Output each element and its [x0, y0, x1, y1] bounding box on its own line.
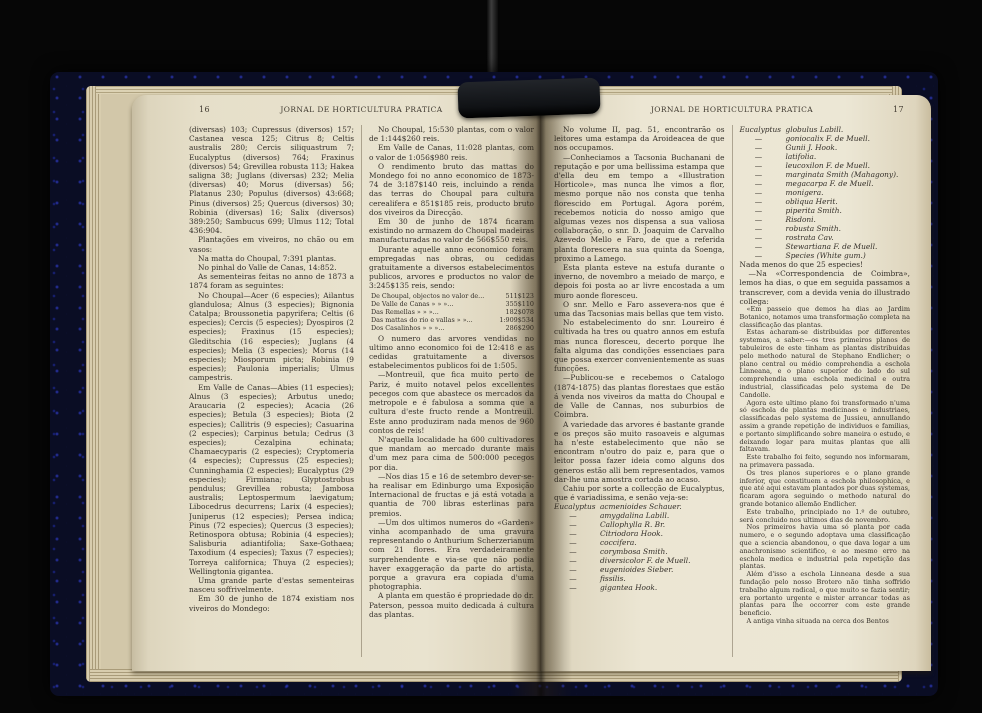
ditto-dash: —	[740, 251, 778, 260]
species-item: —coccifera.	[554, 538, 725, 547]
species-name: Callophylla R. Br.	[592, 520, 725, 529]
ditto-dash: —	[740, 161, 778, 170]
ditto-dash: —	[740, 197, 778, 206]
journal-title: JORNAL DE HORTICULTURA PRATICA	[600, 105, 864, 115]
ledger-value: 355$110	[506, 300, 534, 308]
paragraph: Em Valle de Canas, 11:028 plantas, com o…	[369, 143, 534, 161]
right-page-column-1: No volume II, pag. 51, encontrarão os le…	[554, 125, 732, 657]
species-genus: Eucalyptus	[554, 502, 600, 511]
species-item: —piperita Smith.	[740, 206, 911, 215]
ledger-value: 286$290	[506, 324, 534, 332]
page-fore-edge-left	[86, 86, 101, 682]
ledger-label: Das mattas do rio e vallas » »...	[371, 316, 473, 324]
ledger-row: De Choupal, objectos no valor de... 511$…	[371, 292, 534, 300]
species-name: eugenioides Sieber.	[592, 565, 725, 574]
ledger-value: 182$078	[506, 308, 534, 316]
species-name: robusta Smith.	[778, 224, 911, 233]
right-page-columns: No volume II, pag. 51, encontrarão os le…	[554, 125, 910, 657]
ditto-dash: —	[554, 520, 592, 529]
ditto-dash: —	[740, 242, 778, 251]
species-name: Species (White gum.)	[778, 251, 911, 260]
book-holder-clamp	[457, 78, 600, 119]
species-item: —leucoxilon F. de Muell.	[740, 161, 911, 170]
species-item: —Callophylla R. Br.	[554, 520, 725, 529]
species-genus: Eucalyptus	[740, 125, 786, 134]
book-scan-photo: { "colors":{"cover":"#0a0d24","cover_mar…	[0, 0, 982, 713]
species-item: —Species (White gum.)	[740, 251, 911, 260]
species-name: goniocalix F. de Muell.	[778, 134, 911, 143]
species-name: obliqua Herit.	[778, 197, 911, 206]
left-page-column-2: No Choupal, 15:530 plantas, com o valor …	[361, 125, 534, 657]
paragraph: Os tres planos superiores e o plano gran…	[740, 470, 911, 509]
transcribed-excerpt: «Em passeio que demos ha dias ao Jardim …	[740, 306, 911, 626]
ditto-dash: —	[740, 224, 778, 233]
species-item: —robusta Smith.	[740, 224, 911, 233]
species-item: —obliqua Herit.	[740, 197, 911, 206]
page-number: 17	[864, 105, 910, 115]
paragraph: Em 30 de junho de 1874 ficaram existindo…	[369, 217, 534, 245]
species-name: globulus Labill.	[786, 125, 911, 134]
ledger-label: Dos Casalinhos » » »...	[371, 324, 444, 332]
eucalyptus-species-list-1: Eucalyptusacmenioides Schauer. —amygdali…	[554, 502, 725, 592]
ditto-dash: —	[740, 152, 778, 161]
species-name: fissilis.	[592, 574, 725, 583]
paragraph: No Choupal—Acer (6 especies); Ailantus g…	[189, 291, 354, 383]
species-name: leucoxilon F. de Muell.	[778, 161, 911, 170]
species-name: gigantea Hook.	[592, 583, 725, 592]
paragraph: Em Valle de Canas—Abies (11 especies); A…	[189, 383, 354, 576]
species-item: —amygdalina Labill.	[554, 511, 725, 520]
right-page-column-2: Eucalyptusglobulus Labill. —goniocalix F…	[732, 125, 911, 657]
ditto-dash: —	[740, 215, 778, 224]
paragraph: Nos primeiros havia uma só planta por ca…	[740, 524, 911, 571]
page-number: 16	[189, 105, 235, 115]
species-item: —diversicolor F. de Muell.	[554, 556, 725, 565]
paragraph: O snr. Mello e Faro assevera-nos que é u…	[554, 300, 725, 318]
ledger-label: De Valle de Canas » » »...	[371, 300, 453, 308]
paragraph: No estabelecimento do snr. Loureiro é cu…	[554, 318, 725, 373]
species-item: —Risdoni.	[740, 215, 911, 224]
ledger-row: Das Remellas » » »... 182$078	[371, 308, 534, 316]
paragraph: A antiga vinha situada na cerca dos Bent…	[740, 618, 911, 626]
ditto-dash: —	[554, 511, 592, 520]
left-page: 16 JORNAL DE HORTICULTURA PRATICA (diver…	[132, 95, 541, 671]
ditto-dash: —	[554, 565, 592, 574]
ledger-row: De Valle de Canas » » »... 355$110	[371, 300, 534, 308]
value-ledger-table: De Choupal, objectos no valor de... 511$…	[371, 292, 534, 333]
book-cover: 16 JORNAL DE HORTICULTURA PRATICA (diver…	[50, 72, 938, 696]
paragraph: Agora este ultimo plano foi transformado…	[740, 400, 911, 455]
species-name: amygdalina Labill.	[592, 511, 725, 520]
species-name: piperita Smith.	[778, 206, 911, 215]
species-item: —monigera.	[740, 188, 911, 197]
paragraph: —Um dos ultimos numeros do «Garden» vinh…	[369, 518, 534, 592]
right-page-textblock: JORNAL DE HORTICULTURA PRATICA 17 No vol…	[554, 103, 910, 657]
species-name: Gunii J. Hook.	[778, 143, 911, 152]
paragraph: A variedade das arvores é bastante grand…	[554, 420, 725, 484]
paragraph: Esta planta esteve na estufa durante o i…	[554, 263, 725, 300]
species-item: —corymbosa Smith.	[554, 547, 725, 556]
species-item: —eugenioides Sieber.	[554, 565, 725, 574]
ledger-value: 1:909$534	[499, 316, 534, 324]
paragraph: Estas acharam-se distribuidas por differ…	[740, 329, 911, 399]
species-item: —goniocalix F. de Muell.	[740, 134, 911, 143]
paragraph: No Choupal, 15:530 plantas, com o valor …	[369, 125, 534, 143]
ledger-row: Das mattas do rio e vallas » »... 1:909$…	[371, 316, 534, 324]
ledger-label: Das Remellas » » »...	[371, 308, 439, 316]
paragraph: —Na «Correspondencia de Coimbra», lemos …	[740, 269, 911, 306]
ditto-dash: —	[554, 574, 592, 583]
paragraph: Este trabalho, principiado no 1.º de out…	[740, 509, 911, 525]
right-page: JORNAL DE HORTICULTURA PRATICA 17 No vol…	[541, 95, 931, 671]
journal-title: JORNAL DE HORTICULTURA PRATICA	[235, 105, 488, 115]
ditto-dash: —	[740, 170, 778, 179]
ditto-dash: —	[740, 206, 778, 215]
species-item: Eucalyptusglobulus Labill.	[740, 125, 911, 134]
species-name: Stewartiana F. de Muell.	[778, 242, 911, 251]
paragraph: —Publicou-se e recebemos o Catalogo (187…	[554, 373, 725, 419]
paragraph: Este trabalho foi feito, segundo nos inf…	[740, 454, 911, 470]
paragraph: —Conheciamos a Tacsonia Buchanani de rep…	[554, 153, 725, 263]
paragraph: —Nos dias 15 e 16 de setembro dever-se-h…	[369, 472, 534, 518]
ledger-label: De Choupal, objectos no valor de...	[371, 292, 484, 300]
species-name: monigera.	[778, 188, 911, 197]
species-item: —Citriodora Hook.	[554, 529, 725, 538]
paragraph: (diversas) 103; Cupressus (diversos) 157…	[189, 125, 354, 235]
ditto-dash: —	[740, 134, 778, 143]
left-page-textblock: 16 JORNAL DE HORTICULTURA PRATICA (diver…	[189, 103, 534, 657]
ledger-row: Dos Casalinhos » » »... 286$290	[371, 324, 534, 332]
ditto-dash: —	[554, 529, 592, 538]
paragraph: Nada menos do que 25 especies!	[740, 260, 911, 269]
species-item: —rostrata Cav.	[740, 233, 911, 242]
left-page-columns: (diversas) 103; Cupressus (diversos) 157…	[189, 125, 534, 657]
ditto-dash: —	[740, 179, 778, 188]
paragraph: —Montreuil, que fica muito perto de Pari…	[369, 370, 534, 434]
ditto-dash: —	[554, 583, 592, 592]
species-name: megacarpa F. de Muell.	[778, 179, 911, 188]
paragraph: Uma grande parte d'estas sementeiras nas…	[189, 576, 354, 594]
ditto-dash: —	[740, 188, 778, 197]
species-name: acmenioides Schauer.	[600, 502, 725, 511]
left-page-column-1: (diversas) 103; Cupressus (diversos) 157…	[189, 125, 361, 657]
species-name: rostrata Cav.	[778, 233, 911, 242]
paragraph: N'aquella localidade ha 600 cultivadores…	[369, 435, 534, 472]
page-edge-stack: 16 JORNAL DE HORTICULTURA PRATICA (diver…	[86, 86, 902, 682]
species-item: Eucalyptusacmenioides Schauer.	[554, 502, 725, 511]
paragraph: A planta em questão é propriedade do dr.…	[369, 591, 534, 619]
right-page-header: JORNAL DE HORTICULTURA PRATICA 17	[554, 105, 910, 121]
paragraph: As sementeiras feitas no anno de 1873 a …	[189, 272, 354, 290]
paragraph: Cahiu por sorte a collecção de Eucalyptu…	[554, 484, 725, 502]
paragraph: No pinhal do Valle de Canas, 14:852.	[189, 263, 354, 272]
paragraph: O rendimento bruto das mattas do Mondego…	[369, 162, 534, 217]
paragraph: No volume II, pag. 51, encontrarão os le…	[554, 125, 725, 153]
species-name: Citriodora Hook.	[592, 529, 725, 538]
paragraph: Na matta do Choupal, 7:391 plantas.	[189, 254, 354, 263]
species-item: —megacarpa F. de Muell.	[740, 179, 911, 188]
ditto-dash: —	[740, 143, 778, 152]
species-item: —gigantea Hook.	[554, 583, 725, 592]
species-name: latifolia.	[778, 152, 911, 161]
species-item: —Stewartiana F. de Muell.	[740, 242, 911, 251]
paragraph: O numero das arvores vendidas no ultimo …	[369, 334, 534, 371]
ditto-dash: —	[554, 538, 592, 547]
paragraph: Durante aquelle anno economico foram emp…	[369, 245, 534, 291]
ledger-value: 511$123	[506, 292, 534, 300]
species-item: —fissilis.	[554, 574, 725, 583]
paragraph: «Em passeio que demos ha dias ao Jardim …	[740, 306, 911, 329]
species-name: diversicolor F. de Muell.	[592, 556, 725, 565]
species-item: —latifolia.	[740, 152, 911, 161]
species-name: corymbosa Smith.	[592, 547, 725, 556]
ditto-dash: —	[740, 233, 778, 242]
paragraph: Em 30 de junho de 1874 existiam nos vive…	[189, 594, 354, 612]
eucalyptus-species-list-2: Eucalyptusglobulus Labill. —goniocalix F…	[740, 125, 911, 260]
paragraph: Plantações em viveiros, no chão ou em va…	[189, 235, 354, 253]
paragraph: Além d'isso a eschola Linneana desde a s…	[740, 571, 911, 618]
ditto-dash: —	[554, 547, 592, 556]
species-item: —marginata Smith (Mahagony).	[740, 170, 911, 179]
species-item: —Gunii J. Hook.	[740, 143, 911, 152]
species-name: coccifera.	[592, 538, 725, 547]
ditto-dash: —	[554, 556, 592, 565]
species-name: marginata Smith (Mahagony).	[778, 170, 911, 179]
species-name: Risdoni.	[778, 215, 911, 224]
